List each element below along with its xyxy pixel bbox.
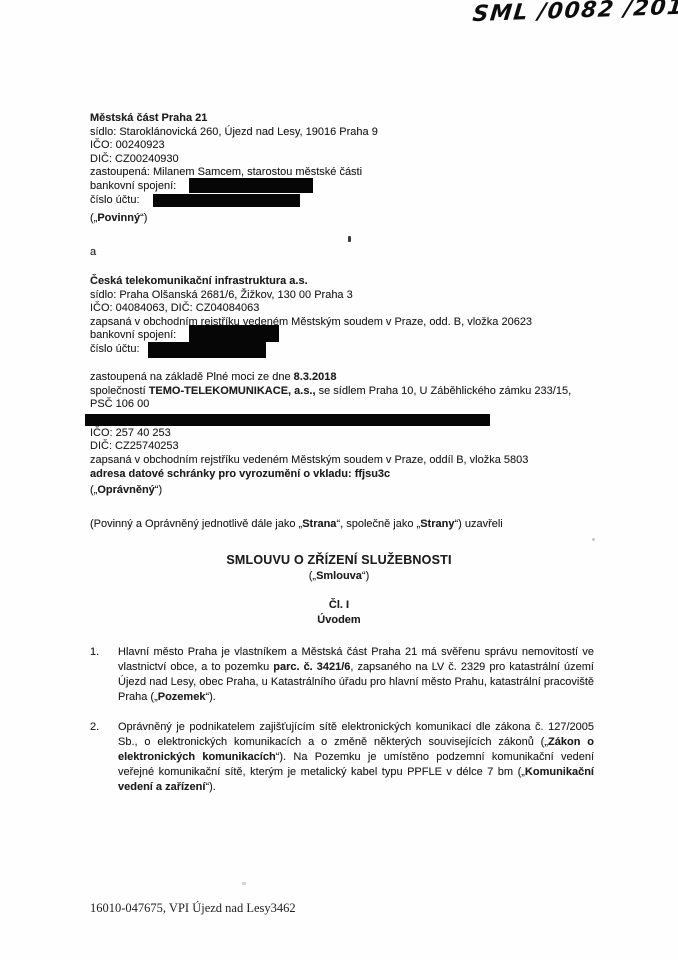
party2-account-label: číslo účtu: <box>90 343 140 355</box>
power-of-attorney-line: zastoupená na základě Plné moci ze dne 8… <box>90 371 593 385</box>
paragraph-2-number: 2. <box>90 720 99 735</box>
paragraph-2: 2. Oprávněný je podnikatelem zajišťující… <box>90 720 594 795</box>
paragraph-2-text: Oprávněný je podnikatelem zajišťujícím s… <box>118 721 594 793</box>
contract-title-block: SMLOUVU O ZŘÍZENÍ SLUŽEBNOSTI („Smlouva“… <box>0 553 678 584</box>
strany-term: Strany <box>420 518 454 530</box>
redaction-bar-wide <box>85 414 490 426</box>
smlouva-term: Smlouva <box>316 570 362 582</box>
contract-title-alias: („Smlouva“) <box>0 570 678 584</box>
parcel-number: parc. č. 3421/6 <box>273 661 350 673</box>
temo-register: zapsaná v obchodním rejstříku vedeném Mě… <box>90 454 593 468</box>
strana-term: Strana <box>302 518 336 530</box>
redaction-bar <box>189 325 279 342</box>
scanned-contract-page: SML /0082 /2019/OMI Městská část Praha 2… <box>0 0 678 960</box>
temo-company-line: společností TEMO-TELEKOMUNIKACE, a.s., s… <box>90 385 593 412</box>
party2-name: Česká telekomunikační infrastruktura a.s… <box>90 275 532 289</box>
party1-alias: („Povinný“) <box>90 212 378 226</box>
party1-account-label: číslo účtu: <box>90 194 140 206</box>
scan-speck <box>348 236 351 242</box>
handwritten-reference-number: SML /0082 /2019/OMI <box>471 0 678 27</box>
databox-address: adresa datové schránky pro vyrozumění o … <box>90 468 593 482</box>
article1-paragraphs: 1. Hlavní město Praha je vlastníkem a Mě… <box>90 645 594 810</box>
quote-close: “) <box>155 484 162 496</box>
contract-title: SMLOUVU O ZŘÍZENÍ SLUŽEBNOSTI <box>0 553 678 567</box>
scan-speck <box>242 882 246 885</box>
party2-block: Česká telekomunikační infrastruktura a.s… <box>90 275 532 357</box>
party1-dic: DIČ: CZ00240930 <box>90 153 378 167</box>
party1-address: sídlo: Staroklánovická 260, Újezd nad Le… <box>90 126 378 140</box>
party2-bank-line: bankovní spojení: <box>90 329 532 343</box>
paragraph-1: 1. Hlavní město Praha je vlastníkem a Mě… <box>90 645 594 705</box>
preamble-line: (Povinný a Oprávněný jednotlivě dále jak… <box>90 518 503 532</box>
article1-heading: Čl. I Úvodem <box>0 598 678 627</box>
party2-account-line: číslo účtu: <box>90 343 532 357</box>
power-of-attorney-date: 8.3.2018 <box>294 371 337 383</box>
party1-bank-label: bankovní spojení: <box>90 180 176 192</box>
temo-ico: IČO: 257 40 253 <box>90 427 593 441</box>
party2-alias: („Oprávněný“) <box>90 484 593 498</box>
paragraph-1-number: 1. <box>90 645 99 660</box>
redaction-bar <box>189 178 313 193</box>
article1-title: Úvodem <box>0 613 678 628</box>
scan-speck <box>592 538 595 541</box>
party1-name: Městská část Praha 21 <box>90 112 378 126</box>
footer-reference: 16010-047675, VPI Újezd nad Lesy3462 <box>90 901 296 916</box>
quote-close: “) <box>140 212 147 224</box>
conjunction: a <box>90 246 678 260</box>
party1-block: Městská část Praha 21 sídlo: Staroklánov… <box>90 112 378 226</box>
party1-ico: IČO: 00240923 <box>90 139 378 153</box>
redaction-bar <box>148 342 266 358</box>
party2-representation-block: zastoupená na základě Plné moci ze dne 8… <box>90 371 593 498</box>
paragraph-1-text: Hlavní město Praha je vlastníkem a Městs… <box>118 646 594 703</box>
redaction-bar <box>153 194 300 207</box>
party2-bank-label: bankovní spojení: <box>90 329 176 341</box>
article1-number: Čl. I <box>0 598 678 613</box>
party2-alias-name: Oprávněný <box>97 484 154 496</box>
party2-register: zapsaná v obchodním rejstříku vedeném Mě… <box>90 316 532 330</box>
party2-address: sídlo: Praha Olšanská 2681/6, Žižkov, 13… <box>90 289 532 303</box>
party1-bank-line: bankovní spojení: <box>90 180 378 194</box>
pozemek-term: Pozemek <box>158 691 206 703</box>
party2-ico-dic: IČO: 04084063, DIČ: CZ04084063 <box>90 302 532 316</box>
temo-company-name: TEMO-TELEKOMUNIKACE, a.s., <box>149 385 316 397</box>
temo-dic: DIČ: CZ25740253 <box>90 440 593 454</box>
party1-account-line: číslo účtu: <box>90 194 378 208</box>
party1-alias-name: Povinný <box>97 212 140 224</box>
